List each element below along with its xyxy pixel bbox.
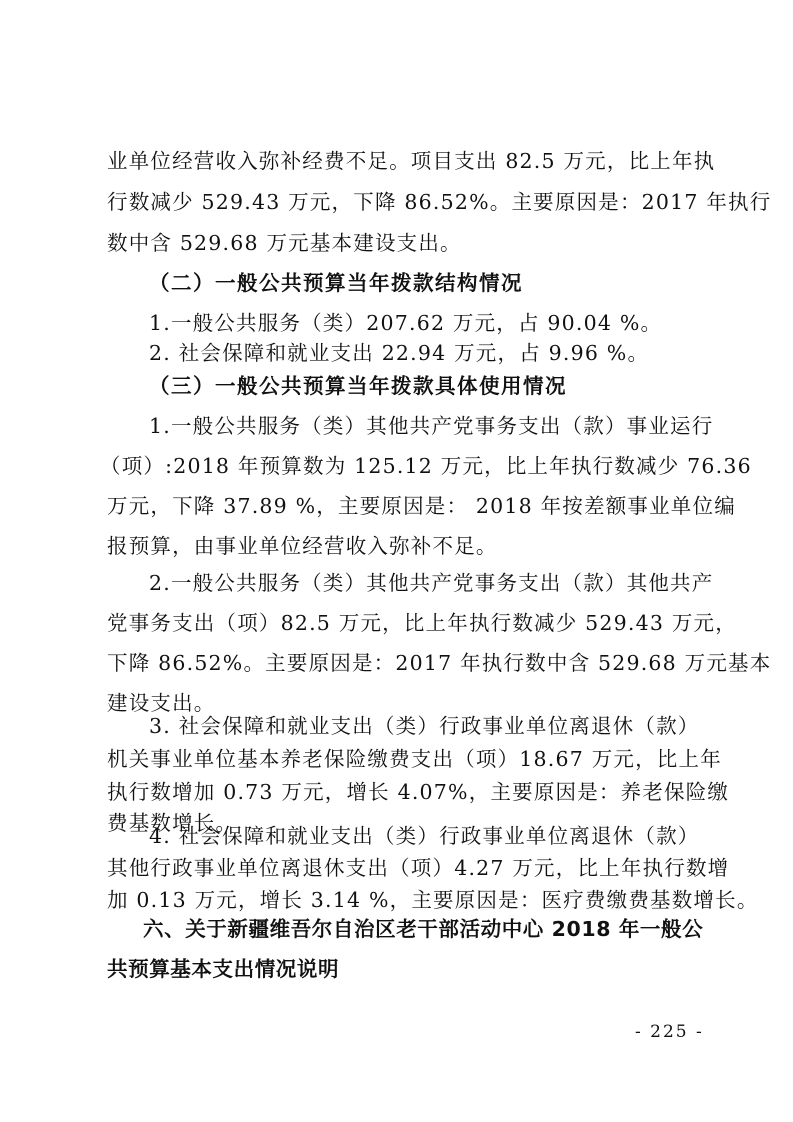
body-text-line: 数中含 529.68 万元基本建设支出。 (107, 230, 462, 256)
list-item-2: 2. 社会保障和就业支出 22.94 万元，占 9.96 %。 (149, 340, 649, 366)
body-text-line: 加 0.13 万元，增长 3.14 %，主要原因是：医疗费缴费基数增长。 (107, 887, 759, 913)
body-text-line: 业单位经营收入弥补经费不足。项目支出 82.5 万元，比上年执 (107, 148, 715, 174)
section-heading-3: （三）一般公共预算当年拨款具体使用情况 (149, 373, 567, 399)
body-text-line: 其他行政事业单位离退休支出（项）4.27 万元，比上年执行数增 (107, 855, 729, 881)
body-text-line: （项）:2018 年预算数为 125.12 万元，比上年执行数减少 76.36 (100, 453, 752, 479)
section-heading-2: （二）一般公共预算当年拨款结构情况 (149, 270, 523, 296)
section-heading-6-cont: 共预算基本支出情况说明 (107, 956, 339, 982)
document-page: 业单位经营收入弥补经费不足。项目支出 82.5 万元，比上年执 行数减少 529… (0, 0, 793, 1122)
body-text-line: 万元，下降 37.89 %，主要原因是： 2018 年按差额事业单位编 (107, 493, 736, 519)
body-text-line: 行数减少 529.43 万元，下降 86.52%。主要原因是：2017 年执行 (107, 189, 771, 215)
body-text-line: 2.一般公共服务（类）其他共产党事务支出（款）其他共产 (149, 570, 713, 596)
body-text-line: 报预算，由事业单位经营收入弥补不足。 (107, 533, 498, 559)
body-text-line: 1.一般公共服务（类）其他共产党事务支出（款）事业运行 (149, 413, 713, 439)
body-text-line: 机关事业单位基本养老保险缴费支出（项）18.67 万元，比上年 (107, 746, 722, 772)
list-item-1: 1.一般公共服务（类）207.62 万元，占 90.04 %。 (149, 310, 662, 336)
body-text-line: 下降 86.52%。主要原因是：2017 年执行数中含 529.68 万元基本 (107, 650, 771, 676)
body-text-line: 执行数增加 0.73 万元，增长 4.07%，主要原因是：养老保险缴 (107, 779, 729, 805)
section-heading-6: 六、关于新疆维吾尔自治区老干部活动中心 2018 年一般公 (143, 916, 703, 942)
body-text-line: 4. 社会保障和就业支出（类）行政事业单位离退休（款） (149, 823, 699, 849)
body-text-line: 3. 社会保障和就业支出（类）行政事业单位离退休（款） (149, 713, 699, 739)
body-text-line: 党事务支出（项）82.5 万元，比上年执行数减少 529.43 万元， (107, 610, 737, 636)
page-number: - 225 - (635, 1022, 704, 1042)
